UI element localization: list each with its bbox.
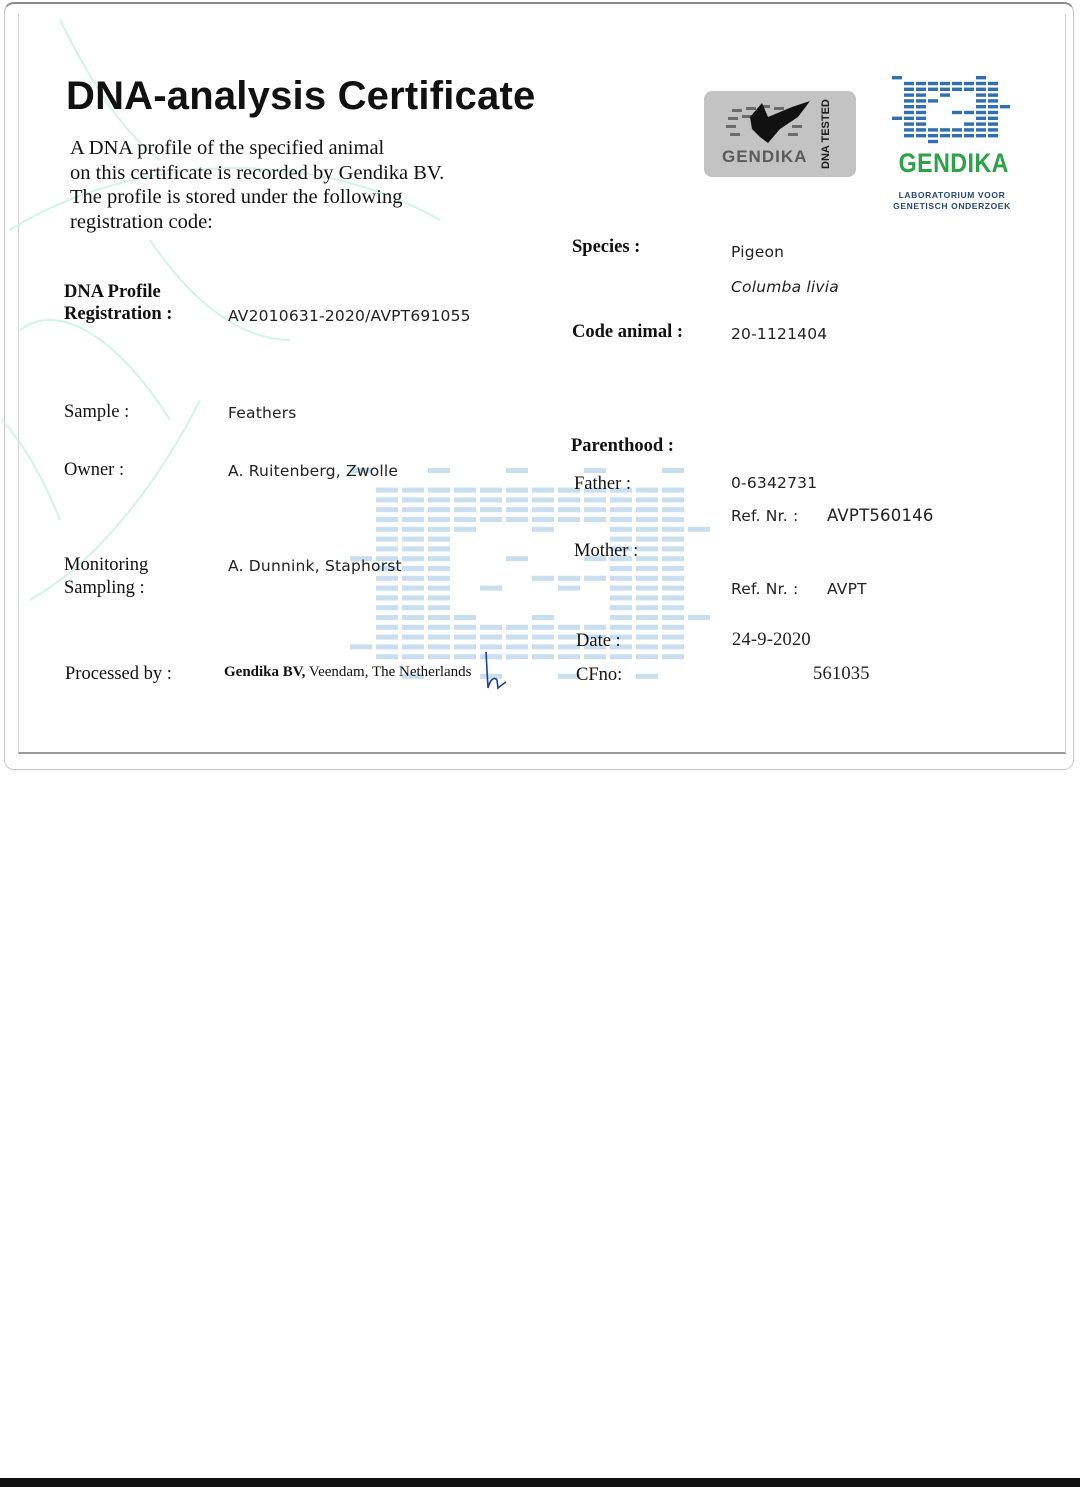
processed-by-label: Processed by : — [65, 663, 172, 685]
logo-subtitle: LABORATORIUM VOOR GENETISCH ONDERZOEK — [880, 190, 1024, 212]
logo-subtitle-line: GENETISCH ONDERZOEK — [880, 201, 1024, 212]
logo-name: GENDIKA — [899, 148, 1006, 179]
species-latin: Columba livia — [731, 277, 839, 297]
intro-line: A DNA profile of the specified animal — [70, 136, 490, 161]
processed-location: Veendam, The Netherlands — [305, 664, 471, 680]
date-label: Date : — [576, 630, 621, 652]
father-label: Father : — [574, 473, 631, 495]
sampling-label: Sampling : — [64, 577, 145, 599]
date-value: 24-9-2020 — [732, 630, 811, 650]
signature-mark — [480, 650, 510, 694]
scan-edge-bar — [0, 1478, 1080, 1487]
mother-ref-label: Ref. Nr. : — [731, 579, 798, 599]
sticker-tested-label: DNA TESTED — [820, 99, 840, 169]
intro-text: A DNA profile of the specified animal on… — [70, 136, 490, 234]
father-value: 0-6342731 — [731, 473, 817, 493]
owner-value: A. Ruitenberg, Zwolle — [228, 461, 398, 481]
dna-tested-sticker: GENDIKA DNA TESTED — [704, 91, 856, 177]
parenthood-label: Parenthood : — [571, 435, 674, 457]
sticker-brand: GENDIKA — [722, 147, 807, 167]
monitoring-label: Monitoring — [64, 554, 148, 576]
mother-label: Mother : — [574, 540, 638, 562]
processed-by-value: Gendika BV, Veendam, The Netherlands — [224, 664, 472, 681]
gendika-logo-icon — [892, 76, 1012, 146]
father-ref-label: Ref. Nr. : — [731, 506, 798, 526]
intro-line: on this certificate is recorded by Gendi… — [70, 161, 490, 186]
intro-line: The profile is stored under the followin… — [70, 185, 490, 210]
pigeon-icon — [722, 99, 818, 149]
owner-label: Owner : — [64, 459, 124, 481]
logo-subtitle-line: LABORATORIUM VOOR — [880, 190, 1024, 201]
father-ref-value: AVPT560146 — [827, 506, 934, 526]
page-title: DNA-analysis Certificate — [66, 74, 535, 119]
cfno-value: 561035 — [813, 664, 870, 684]
mother-ref-value: AVPT — [827, 579, 867, 599]
intro-line: registration code: — [70, 210, 490, 235]
sample-label: Sample : — [64, 401, 129, 423]
sample-value: Feathers — [228, 403, 297, 423]
species-label: Species : — [572, 236, 640, 258]
species-common: Pigeon — [731, 242, 784, 262]
processed-company: Gendika BV, — [224, 664, 305, 680]
dna-profile-label: DNA Profile — [64, 281, 161, 303]
registration-value: AV2010631-2020/AVPT691055 — [228, 306, 471, 326]
cfno-label: CFno: — [576, 664, 622, 686]
code-animal-label: Code animal : — [572, 321, 683, 343]
registration-label: Registration : — [64, 303, 172, 325]
monitoring-value: A. Dunnink, Staphorst — [228, 556, 402, 576]
code-animal-value: 20-1121404 — [731, 324, 827, 344]
